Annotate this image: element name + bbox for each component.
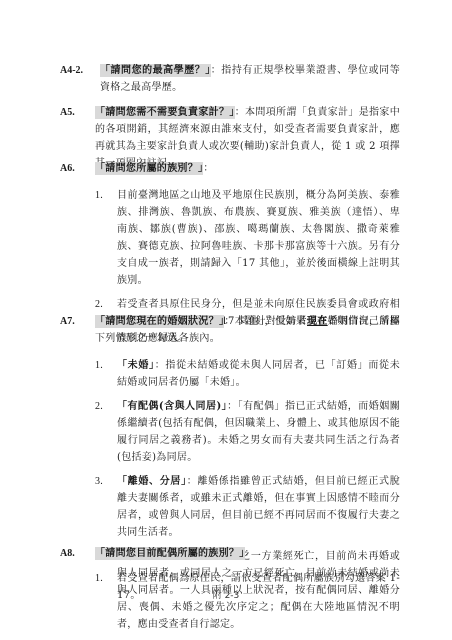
section-text: ： xyxy=(245,548,255,559)
section-text: ：本題針對受訪者 xyxy=(224,316,307,327)
question-highlight: 「請問您的最高學歷？」 xyxy=(100,64,211,77)
section-label: A5. xyxy=(60,104,75,121)
item-term: 「離婚、分居」 xyxy=(117,476,187,487)
list-item: 1. 「未婚」：指從未結婚或從未與人同居者，已「訂婚」而從未結婚或同居者仍屬「未… xyxy=(95,357,400,391)
list-item: 2. 「有配偶(含與人同居)」：「有配偶」指已正式結婚，而婚姻關係繼續者(包括有… xyxy=(95,398,400,466)
section-body: 「請問您目前配偶所屬的族別？」： xyxy=(95,545,400,562)
list-item: 1. 目前臺灣地區之山地及平地原住民族別，概分為阿美族、泰雅族、排灣族、魯凱族、… xyxy=(95,187,400,289)
item-term: 「未婚」 xyxy=(117,360,155,371)
question-highlight: 「請問您所屬的族別？」 xyxy=(95,162,203,175)
item-text: ：指從未結婚或從未與人同居者，已「訂婚」而從未結婚或同居者仍屬「未婚」。 xyxy=(117,360,400,388)
item-term: 「有配偶(含與人同居)」 xyxy=(117,401,227,412)
question-highlight: 「請問您現在的婚姻狀況？」 xyxy=(95,315,224,328)
section-label: A8. xyxy=(60,545,75,562)
list-item: 3. 「離婚、分居」：離婚係指雖曾正式結婚，但目前已經正式脫離夫妻關係者，或雖未… xyxy=(95,473,400,541)
item-number: 2. xyxy=(95,296,103,313)
section-body: 「請問您現在的婚姻狀況？」：本題針對受訪者現在婚姻情況，請擇下列情形之一勾選。 xyxy=(95,313,400,347)
emphasis-text: 現在 xyxy=(307,316,328,327)
question-highlight: 「請問您目前配偶所屬的族別？」 xyxy=(95,547,245,560)
section-body: 「請問您所屬的族別？」： xyxy=(95,160,400,177)
document-page: A4-2. 「請問您的最高學歷？」：指持有正規學校畢業證書、學位或同等資格之最高… xyxy=(0,0,452,640)
section-label: A6. xyxy=(60,160,75,177)
section-label: A4-2. xyxy=(60,62,83,79)
item-number: 2. xyxy=(95,398,103,415)
item-number: 1. xyxy=(95,187,103,204)
section-text: ： xyxy=(203,163,213,174)
section-label: A7. xyxy=(60,313,75,330)
item-text: 目前臺灣地區之山地及平地原住民族別，概分為阿美族、泰雅族、排灣族、魯凱族、布農族… xyxy=(117,190,400,286)
page-number: 附 2-3 xyxy=(0,588,452,601)
section-a4-2: A4-2. 「請問您的最高學歷？」：指持有正規學校畢業證書、學位或同等資格之最高… xyxy=(60,62,400,96)
item-number: 1. xyxy=(95,570,103,587)
item-number: 3. xyxy=(95,473,103,490)
item-number: 1. xyxy=(95,357,103,374)
section-body: 「請問您的最高學歷？」：指持有正規學校畢業證書、學位或同等資格之最高學歷。 xyxy=(100,62,400,96)
question-highlight: 「請問您需不需要負責家計？」 xyxy=(95,106,235,119)
